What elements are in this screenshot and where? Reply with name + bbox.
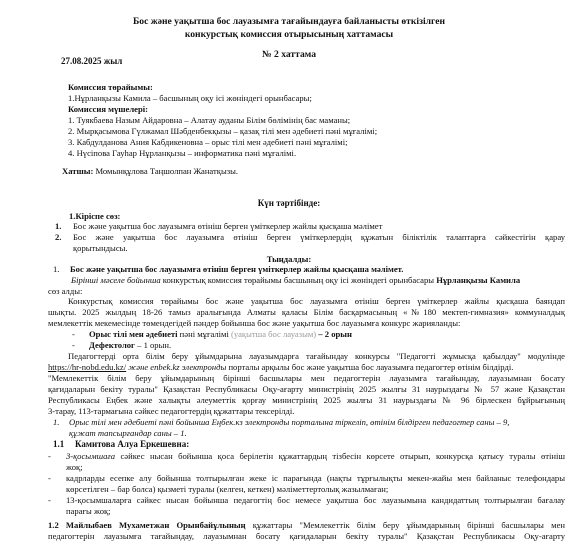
bullet-dash: - [72, 329, 75, 340]
para2-line: https://hr-nobd.edu.kz/ және enbek.kz эл… [48, 362, 565, 373]
document-page: Бос және уақытша бос лауазымға тағайында… [0, 0, 578, 542]
heard-item-number: 1. [53, 264, 59, 275]
candidate2-text: құжаттары "Мемлекеттік білім беру ұйымда… [246, 520, 565, 530]
candidate1-number: 1.1 [53, 439, 64, 450]
para2-line: Республикасы Еңбек және халықты әлеуметт… [48, 395, 565, 406]
vacancy-item: Дефектолог – 1 орын. [89, 340, 171, 351]
vacancy-item: Орыс тілі мен әдебиеті пәні мұғалімі (уа… [89, 329, 352, 340]
agenda-item-text-cont: қорытындысы. [73, 243, 128, 254]
bullet-dash: - [48, 473, 51, 484]
candidate1-bullet: 13-қосымшаларға сәйкес нысан бойынша пед… [66, 495, 565, 506]
candidate1-bullet: кадрларды есепке алу бойынша толтырылған… [66, 473, 565, 484]
bullet-dash: - [48, 495, 51, 506]
bullet-dash: - [72, 340, 75, 351]
bullet-text: сәйкес нысан бойынша қоса берілетін құжа… [115, 451, 565, 461]
secretary-line: Хатшы: Момынқұлова Таңшолпан Жанатқызы. [62, 166, 238, 177]
result-item-number: 1. [53, 417, 59, 428]
para1-line: мемлекеттік мекемесінде төмендегідей пән… [48, 318, 460, 329]
document-title-line2: конкурстық комиссия отырысының хаттамасы [0, 28, 578, 41]
document-title-line1: Бос және уақытша бос лауазымға тағайында… [0, 15, 578, 28]
agenda-item-text: Бос және уақытша бос лауазымға өтініш бе… [73, 221, 382, 232]
chair-line: 1.Нұрланқызы Камила – басшының оқу ісі ж… [68, 93, 312, 104]
para2-text: порталы арқылы бос және уақытша бос лауа… [226, 362, 513, 372]
para2-line: Педагогтерді орта білім беру ұйымдарына … [68, 351, 565, 362]
secretary-label: Хатшы: [62, 166, 93, 176]
first-issue-italic: Бірінші мәселе бойынша [71, 275, 161, 285]
first-issue-text: конкурстық комиссия төрайымы басшының оқ… [161, 275, 437, 285]
agenda-item-text: Бос және уақытша бос лауазымға өтініш бе… [73, 232, 565, 243]
secretary-name: Момынқұлова Таңшолпан Жанатқызы. [93, 166, 238, 176]
first-issue-line: Бірінші мәселе бойынша конкурстық комисс… [71, 275, 520, 286]
chair-heading: Комиссия төрайымы: [68, 82, 153, 93]
portal-link[interactable]: https://hr-nobd.edu.kz/ [48, 362, 126, 372]
vacancy-count: – 2 орын [316, 329, 352, 339]
vacancy-subject: Орыс тілі мен әдебиеті [89, 329, 178, 339]
agenda-item-number: 1. [55, 221, 61, 232]
candidate1-bullet: 3-қосымшаға сәйкес нысан бойынша қоса бе… [66, 451, 565, 462]
vacancy-subject: Дефектолог [89, 340, 135, 350]
agenda-item-number: 2. [55, 232, 61, 243]
member-item: 4. Нүсіпова Гауһар Нұрланқызы – информат… [68, 148, 296, 159]
para2-italic: және enbek.kz электронды [126, 362, 226, 372]
bullet-italic: 3-қосымшаға [66, 451, 115, 461]
member-item: 2. Мырқасымова Гүлжамал Шәбденбекқызы – … [68, 126, 377, 137]
candidate2-line: педагогтерін лауазымға тағайындау, лауаз… [48, 531, 565, 542]
candidate2-name: 1.2 Майлыбаев Мухаметжан Орынбайұлының [48, 520, 246, 530]
candidate2-line: 1.2 Майлыбаев Мухаметжан Орынбайұлының қ… [48, 520, 565, 531]
bullet-dash: - [48, 451, 51, 462]
member-item: 1. Туякбаева Назым Айдаровна – Алатау ау… [68, 115, 350, 126]
heard-item-text: Бос және уақытша бос лауазымға өтініш бе… [70, 264, 403, 275]
candidate1-bullet-cont: көрсетілген – бар болса) қызметі туралы … [66, 484, 388, 495]
vacancy-role: пәні мұғалімі [178, 329, 232, 339]
vacancy-type: (уақытша бос лауазым) [231, 329, 316, 339]
result-item-text: Орыс тілі мен әдебиеті пәні бойынша Еңбе… [69, 417, 509, 428]
agenda-heading: Күн тәртібінде: [0, 198, 578, 209]
protocol-date: 27.08.2025 жыл [61, 56, 122, 67]
candidate1-name: Камитова Алуа Еркешевна: [75, 439, 189, 450]
members-heading: Комиссия мүшелері: [68, 104, 148, 115]
vacancy-count: – 1 орын. [135, 340, 171, 350]
para2-line: 3-тарау, 113-тармағына сәйкес педагогтер… [48, 406, 294, 417]
candidate1-bullet-cont: парағы жоқ; [66, 506, 111, 517]
result-item-text-cont: құжат тапсырғандар саны – 1. [69, 428, 187, 439]
para2-line: қағидаларын бекіту туралы" Қазақстан Рес… [48, 384, 565, 395]
member-item: 3. Кабдулданова Ания Кабдикеновна – орыс… [68, 137, 348, 148]
first-issue-name: Нұрланқызы Камила [436, 275, 520, 285]
para1-line: шықты. 2025 жылдың 18-26 тамыз аралығынд… [48, 307, 565, 318]
candidate1-bullet-cont: жоқ; [66, 462, 83, 473]
para2-line: "Мемлекеттік білім беру ұйымдарының бірі… [48, 373, 565, 384]
para1-line: Конкурстық комиссия төрайымы бос және уа… [68, 296, 565, 307]
